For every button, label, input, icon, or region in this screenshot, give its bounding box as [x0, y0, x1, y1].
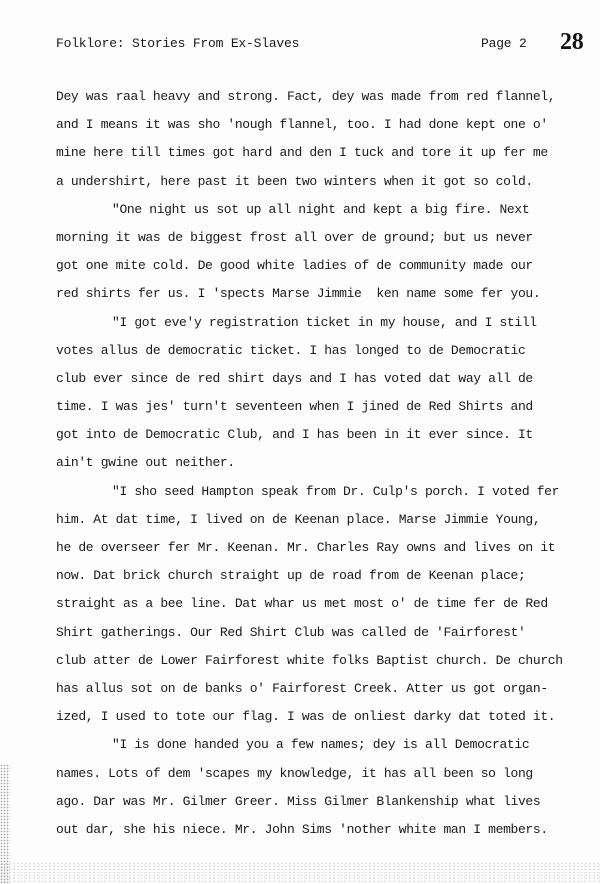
text-line: Shirt gatherings. Our Red Shirt Club was…	[56, 619, 600, 647]
text-line: has allus sot on de banks o' Fairforest …	[56, 675, 600, 703]
text-line: out dar, she his niece. Mr. John Sims 'n…	[56, 816, 600, 844]
text-line: and I means it was sho 'nough flannel, t…	[56, 111, 600, 139]
text-line: club ever since de red shirt days and I …	[56, 365, 600, 393]
text-line: a undershirt, here past it been two wint…	[56, 168, 600, 196]
text-line: he de overseer fer Mr. Keenan. Mr. Charl…	[56, 534, 600, 562]
text-line: straight as a bee line. Dat whar us met …	[56, 590, 600, 618]
text-line: mine here till times got hard and den I …	[56, 139, 600, 167]
page-label: Page 2	[481, 36, 527, 51]
text-line: morning it was de biggest frost all over…	[56, 224, 600, 252]
text-line: red shirts fer us. I 'spects Marse Jimmi…	[56, 280, 600, 308]
document-page: Folklore: Stories From Ex-Slaves Page 2 …	[0, 0, 600, 884]
body-text: Dey was raal heavy and strong. Fact, dey…	[56, 83, 600, 844]
paragraph-start-line: "I is done handed you a few names; dey i…	[56, 731, 600, 759]
page-header: Folklore: Stories From Ex-Slaves Page 2 …	[56, 36, 596, 56]
scan-noise-bottom	[0, 862, 600, 884]
paragraph-start-line: "I got eve'y registration ticket in my h…	[56, 309, 600, 337]
paragraph-start-line: "One night us sot up all night and kept …	[56, 196, 600, 224]
text-line: ago. Dar was Mr. Gilmer Greer. Miss Gilm…	[56, 788, 600, 816]
text-line: time. I was jes' turn't seventeen when I…	[56, 393, 600, 421]
text-line: him. At dat time, I lived on de Keenan p…	[56, 506, 600, 534]
text-line: got one mite cold. De good white ladies …	[56, 252, 600, 280]
text-line: Dey was raal heavy and strong. Fact, dey…	[56, 83, 600, 111]
text-line: now. Dat brick church straight up de roa…	[56, 562, 600, 590]
paragraph-start-line: "I sho seed Hampton speak from Dr. Culp'…	[56, 478, 600, 506]
text-line: ain't gwine out neither.	[56, 449, 600, 477]
document-title: Folklore: Stories From Ex-Slaves	[56, 36, 299, 51]
text-line: got into de Democratic Club, and I has b…	[56, 421, 600, 449]
scan-noise-left	[0, 764, 10, 884]
text-line: ized, I used to tote our flag. I was de …	[56, 703, 600, 731]
text-line: names. Lots of dem 'scapes my knowledge,…	[56, 760, 600, 788]
text-line: club atter de Lower Fairforest white fol…	[56, 647, 600, 675]
page-number: 28	[560, 29, 584, 56]
text-line: votes allus de democratic ticket. I has …	[56, 337, 600, 365]
